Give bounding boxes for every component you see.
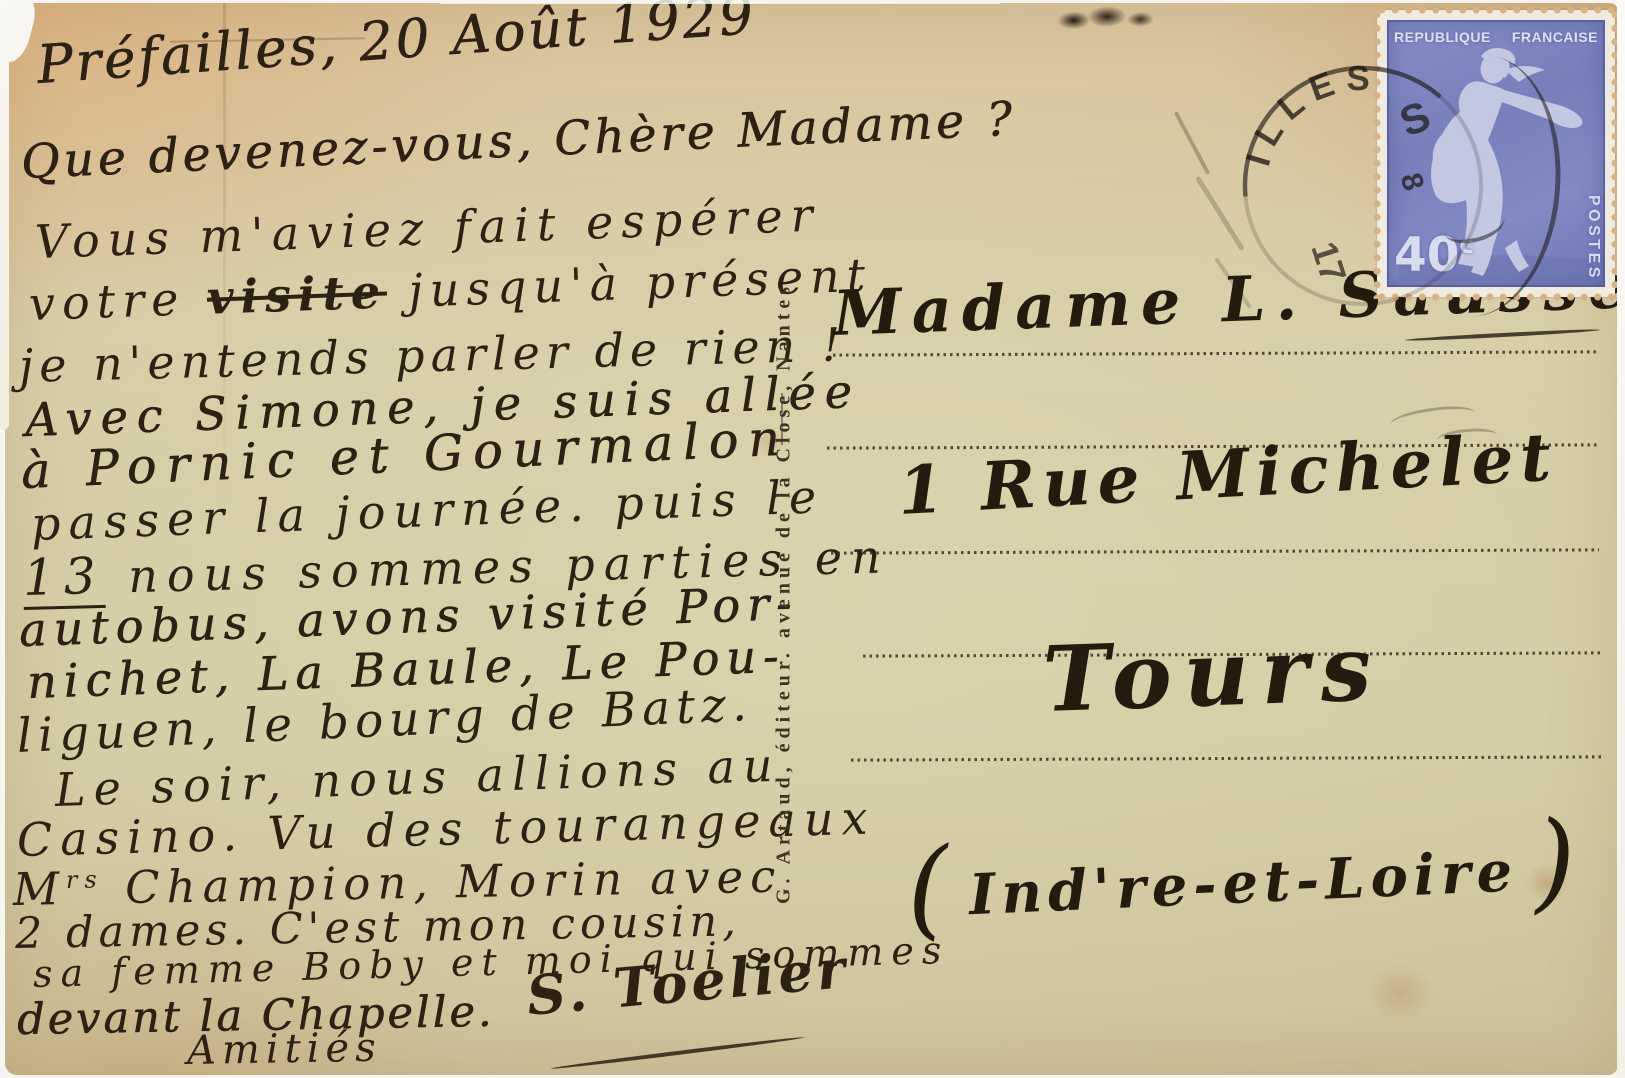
dotted-address-line (831, 548, 1599, 554)
ink-blot (1053, 3, 1158, 33)
postcard: Préfailles, 20 Août 1929 Que devenez-vou… (5, 3, 1618, 1075)
card-edge (1617, 0, 1625, 1078)
superscript-abbreviation: rs (66, 865, 104, 894)
divider-line (781, 393, 783, 445)
address-city: Tours (1041, 623, 1384, 725)
postmark-arc-text: ILLES (1238, 59, 1379, 170)
publisher-imprint: G. Artaud, éditeur. avenue de la Close, … (765, 215, 803, 971)
parenthesis: ) (1532, 818, 1584, 906)
age-spot (1365, 963, 1435, 1023)
strikethrough-word: visite (206, 265, 388, 325)
stamp-postes-inscription: POSTES (1584, 195, 1602, 281)
address-department: (Ind're-et-Loire) (905, 826, 1584, 942)
card-edge (440, 0, 1000, 4)
message-closing: Amitiés (187, 1028, 382, 1071)
svg-text:ILLES: ILLES (1238, 59, 1379, 170)
department-name: Ind're-et-Loire (968, 844, 1519, 924)
postcard-scan: { "message": { "dateline": "Préfailles, … (0, 0, 1625, 1078)
message-dateline: Préfailles, 20 Août 1929 (35, 0, 757, 92)
dotted-address-line (851, 755, 1603, 761)
parenthesis: ( (905, 845, 957, 933)
stamp-perforation (1375, 5, 1617, 15)
message-salutation: Que devenez-vous, Chère Madame ? (20, 96, 1017, 186)
postmark-date: 17 (1303, 237, 1354, 288)
message-word: votre (28, 271, 208, 331)
card-edge (0, 0, 9, 430)
signature-flourish (551, 1035, 805, 1070)
